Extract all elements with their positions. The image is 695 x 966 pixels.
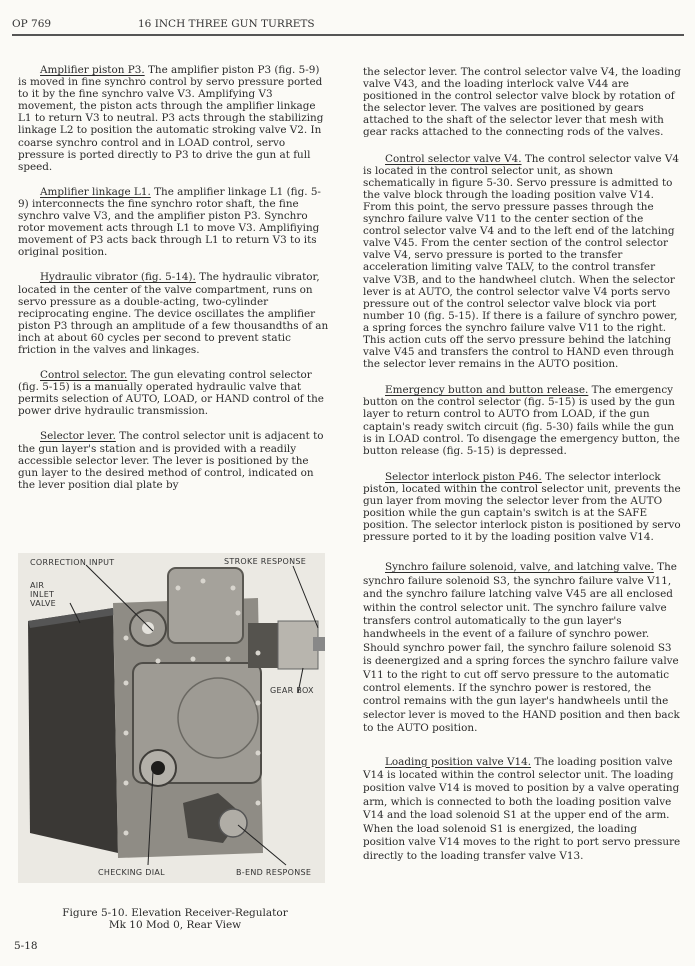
figure-receiver-regulator-photo: CORRECTION INPUT STROKE RESPONSE AIR INL… — [18, 553, 325, 883]
receiver-regulator-illustration — [18, 553, 325, 883]
figure-caption: Figure 5-10. Elevation Receiver-Regulato… — [30, 907, 320, 931]
paragraph-loading-position-valve: Loading position valve V14. The loading … — [363, 756, 681, 863]
paragraph-control-selector: Control selector. The gun elevating cont… — [18, 369, 330, 417]
paragraph-body: the selector lever. The control selector… — [363, 66, 681, 138]
label-air-inlet-valve: AIR INLET VALVE — [30, 581, 62, 608]
paragraph-synchro-failure: Synchro failure solenoid, valve, and lat… — [363, 561, 681, 735]
label-b-end-response: B-END RESPONSE — [236, 868, 311, 877]
label-stroke-response: STROKE RESPONSE — [224, 557, 306, 566]
paragraph-heading: Loading position valve V14. — [385, 756, 531, 768]
document-code: OP 769 — [12, 18, 51, 30]
paragraph-body: The synchro failure solenoid S3, the syn… — [363, 561, 680, 734]
paragraph-selector-lever-continued: the selector lever. The control selector… — [363, 66, 681, 139]
paragraph-body: The loading position valve V14 is locate… — [363, 756, 680, 862]
caption-line-1: Figure 5-10. Elevation Receiver-Regulato… — [30, 907, 320, 919]
paragraph-selector-interlock-piston: Selector interlock piston P46. The selec… — [363, 471, 681, 544]
paragraph-hydraulic-vibrator: Hydraulic vibrator (fig. 5-14). The hydr… — [18, 271, 330, 356]
label-gear-box: GEAR BOX — [270, 686, 314, 695]
paragraph-heading: Control selector. — [40, 369, 127, 381]
header-rule — [12, 34, 684, 36]
paragraph-body: The control selector valve V4 is located… — [363, 153, 679, 371]
page-number: 5-18 — [14, 940, 38, 952]
caption-line-2: Mk 10 Mod 0, Rear View — [30, 919, 320, 931]
paragraph-heading: Control selector valve V4. — [385, 153, 522, 165]
paragraph-body: The amplifier piston P3 (fig. 5-9) is mo… — [18, 64, 323, 173]
paragraph-selector-lever: Selector lever. The control selector uni… — [18, 430, 330, 490]
paragraph-emergency-button: Emergency button and button release. The… — [363, 384, 681, 457]
paragraph-heading: Hydraulic vibrator (fig. 5-14). — [40, 271, 196, 283]
paragraph-heading: Selector lever. — [40, 430, 116, 442]
page-header: OP 769 16 INCH THREE GUN TURRETS — [12, 18, 684, 34]
label-correction-input: CORRECTION INPUT — [30, 558, 114, 567]
label-checking-dial: CHECKING DIAL — [98, 868, 165, 877]
right-column: the selector lever. The control selector… — [363, 66, 681, 875]
paragraph-control-selector-valve: Control selector valve V4. The control s… — [363, 153, 681, 371]
paragraph-heading: Synchro failure solenoid, valve, and lat… — [385, 561, 654, 573]
paragraph-body: The hydraulic vibrator, located in the c… — [18, 271, 328, 356]
paragraph-heading: Emergency button and button release. — [385, 384, 588, 396]
paragraph-amplifier-linkage: Amplifier linkage L1. The amplifier link… — [18, 186, 330, 259]
paragraph-heading: Amplifier linkage L1. — [40, 186, 151, 198]
paragraph-heading: Amplifier piston P3. — [40, 64, 145, 76]
paragraph-heading: Selector interlock piston P46. — [385, 471, 542, 483]
running-title: 16 INCH THREE GUN TURRETS — [138, 18, 315, 30]
left-column: Amplifier piston P3. The amplifier pisto… — [18, 64, 330, 503]
paragraph-amplifier-piston: Amplifier piston P3. The amplifier pisto… — [18, 64, 330, 173]
